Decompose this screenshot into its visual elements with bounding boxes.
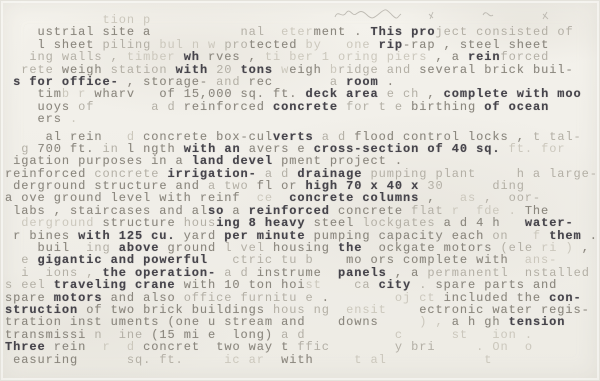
text-segment: , [249,51,265,63]
text-segment: g [5,143,38,155]
text-segment: project . [330,155,403,167]
text-segment: i ions , [5,267,102,279]
text-segment: , [427,88,443,100]
text-segment: a d [281,329,314,341]
text-segment: l sheet [5,39,102,51]
text-segment [135,88,159,100]
text-segment: so [208,205,232,217]
text-segment: lockgates [362,217,443,229]
text-segment: concrete [273,101,346,113]
text-segment: avers e [249,143,314,155]
text-segment: reinforced [5,168,94,180]
text-segment: timber [127,51,184,63]
text-segment: storage- [143,76,216,88]
text-segment: ft. for [509,143,566,155]
text-segment: rec [249,76,273,88]
text-segment: rein [468,51,501,63]
text-segment: irrigation- [167,168,264,180]
text-segment: . [346,26,370,38]
typewritten-line: uoys of a d reinforced concrete for t e … [5,101,599,113]
text-segment: two way t [208,341,297,353]
text-segment: of ocean [484,101,549,113]
typewritten-line: Three rein r d concret two way t ffic y … [5,341,599,353]
text-segment: , oor- [484,192,541,204]
text-segment: ground [167,242,224,254]
text-segment: with 125 cu. [78,230,184,242]
typewritten-line: s for office- , storage- and rec a room … [5,76,599,88]
text-segment: inst uments [70,316,167,328]
typewritten-line: al rein d concrete box-culverts a d floo… [5,131,599,143]
scanned-document: tion p ustrial site a nal eterment . Thi… [0,0,600,381]
text-segment [78,354,127,366]
text-segment: a ove ground level with [5,192,200,204]
typewritten-line: l sheet piling bul n w protected by one … [5,39,599,51]
text-segment: c [379,329,412,341]
text-segment: reinforced [249,205,338,217]
text-segment: This pro [371,26,436,38]
text-segment [314,329,379,341]
typewritten-text: tion p ustrial site a nal eterment . Thi… [5,14,599,366]
text-segment: n ine [86,329,151,341]
text-segment: with an [184,143,249,155]
text-segment: wh [184,51,200,63]
text-segment: (ele [500,242,533,254]
text-segment: ce [241,192,274,204]
text-segment: d [102,131,143,143]
text-segment: of [78,101,102,113]
text-segment: concrete columns [289,192,427,204]
typewritten-line: reinforced concrete irrigation- a d drai… [5,168,599,180]
text-segment: hous [184,217,217,229]
text-segment: ers [5,113,70,125]
text-segment: . [387,76,395,88]
text-segment: ic ar [224,354,265,366]
text-segment: station [111,64,176,76]
typewritten-line: igation purposes in a land devel pment p… [5,155,599,167]
text-segment: bul n w [159,39,224,51]
text-segment: e [5,254,38,266]
typewritten-line: ing walls , timber wh rves , ti ber 1 or… [5,51,599,63]
typewritten-line: e gigantic and powerful ctric tu b mo or… [5,254,599,266]
text-segment: rein [54,341,87,353]
text-segment: them [549,230,590,242]
text-segment: On o [492,341,533,353]
text-segment: reinforced [184,101,273,113]
text-segment: derground [5,217,102,229]
text-segment: concrete [338,205,411,217]
text-segment: b [330,64,338,76]
text-segment: reinf [200,192,241,204]
typewritten-line: g 700 ft. in l ngth with an avers e cros… [5,143,599,155]
text-segment [387,304,420,316]
text-segment: . [509,205,525,217]
text-segment: ensit [338,304,387,316]
text-segment: with [281,354,314,366]
text-segment: gigantic and powerful [38,254,217,266]
text-segment: 20 [216,64,240,76]
text-segment: ustrial site a [5,26,151,38]
text-segment: ti ber 1 oring piers [265,51,436,63]
text-segment: ) , [379,316,452,328]
text-segment: housing [273,242,338,254]
text-segment [314,316,338,328]
text-segment: concrete box-cul [143,131,273,143]
text-segment: tected [249,39,306,51]
text-segment: rves [200,51,249,63]
typewritten-line: a ove ground level with reinf ce concret… [5,192,599,204]
text-segment: tension [509,316,566,328]
text-segment: r fde [452,205,509,217]
text-segment: tion p [5,14,151,26]
text-segment: concrete [94,168,167,180]
typewritten-line: timb r wharv of 15,000 sq. ft. deck area… [5,88,599,100]
text-segment: t al [354,354,387,366]
text-segment: transmissi [5,329,86,341]
text-segment: struction [5,304,86,316]
text-segment: nstalled [525,267,590,279]
text-segment: s for office- [5,76,127,88]
text-segment: ject consisted of [436,26,574,38]
text-segment: fl or [257,180,306,192]
text-segment: steel [314,217,363,229]
text-segment [265,354,281,366]
text-segment: a d [224,267,257,279]
typewritten-line: easuring sq. ft. ic ar with t al t [5,354,599,366]
text-segment [444,180,493,192]
typewritten-line: ers . [5,113,599,125]
typewritten-line: r bines with 125 cu. yard per minute pum… [5,230,599,242]
text-segment: b r [62,88,95,100]
text-segment: ctric tu b [216,254,313,266]
text-segment: easuring [5,354,78,366]
text-segment: spare [5,292,54,304]
text-segment: deck area [306,88,387,100]
text-segment: h a large- [517,168,598,180]
text-segment: rip [379,39,403,51]
text-segment: ing [70,242,119,254]
text-segment: motors [54,292,111,304]
text-segment: one [330,39,379,51]
typewritten-line: ustrial site a nal eterment . This proje… [5,26,599,38]
text-segment: labs , staircases and al [5,205,208,217]
text-segment: traveling crane [54,279,184,291]
text-segment: ing 8 heavy [216,217,313,229]
text-segment: , a [395,267,428,279]
text-segment: forced [500,51,549,63]
text-segment: pumping [314,230,379,242]
typewritten-line: rete weigh station with 20 tons weigh br… [5,64,599,76]
text-segment: a d [265,168,298,180]
text-segment: uoys [5,101,78,113]
text-segment: a two [208,180,257,192]
text-segment: a d [322,131,355,143]
text-segment: office furnitu e [184,292,322,304]
text-segment [314,354,355,366]
text-segment: nal [241,26,274,38]
text-segment: a h gh [452,316,509,328]
text-segment: pment [281,155,330,167]
text-segment [314,254,347,266]
text-segment: water- [525,217,574,229]
text-segment: by [306,39,330,51]
text-segment: s eel [5,279,54,291]
text-segment [476,168,517,180]
text-segment: of 15,000 sq. ft. [159,88,305,100]
text-segment: flat [411,205,452,217]
text-segment: above [119,242,168,254]
text-segment: . [436,341,493,353]
text-segment: included the [444,292,550,304]
text-segment [102,101,151,113]
text-segment [500,217,524,229]
text-segment [338,341,387,353]
text-segment: f [525,230,549,242]
text-segment: weigh [62,64,111,76]
text-segment: rete [5,64,62,76]
text-segment: spare parts and [435,279,557,291]
text-segment: . [322,292,338,304]
text-segment: r d [86,341,143,353]
typewritten-line: struction of two brick buildings hous ng… [5,304,599,316]
text-segment: 700 ft. [38,143,103,155]
typewritten-line: spare motors and also office furnitu e .… [5,292,599,304]
text-segment: ockgate motors [371,242,501,254]
text-segment: ridge [338,64,387,76]
text-segment: piling [102,39,159,51]
text-segment: pro [224,39,248,51]
text-segment [184,354,225,366]
text-segment: t [387,354,493,366]
text-segment [273,76,330,88]
text-segment: . [70,113,78,125]
text-segment: t tal- [533,131,582,143]
text-segment: ding [492,180,525,192]
text-segment: the [338,242,371,254]
text-segment: the operation- [102,267,224,279]
text-segment: with [176,64,217,76]
text-segment: on [492,230,525,242]
text-segment: structure and [94,180,208,192]
text-segment: ca [338,279,379,291]
typewritten-line: i ions , the operation- a d instrume pan… [5,267,599,279]
text-segment: instrume [257,267,338,279]
text-segment: capacity each [379,230,493,242]
text-segment: downs [338,316,379,328]
text-segment: . [419,279,435,291]
typewritten-line: buil ing above ground l vel housing the … [5,242,599,254]
text-segment: cross-section of 40 sq. [314,143,509,155]
text-segment [151,26,240,38]
text-segment: as [444,192,485,204]
text-segment: structure [102,217,183,229]
text-segment: tim [5,88,62,100]
text-segment: ans- [517,254,558,266]
text-segment: and [387,64,420,76]
text-segment: yard [184,230,225,242]
text-segment: for t e [346,101,411,113]
text-segment: with 10 ton hoi [184,279,306,291]
text-segment: (one u stream and [167,316,313,328]
typewritten-line: s eel traveling crane with 10 ton hoist … [5,279,599,291]
text-segment: sq. ft. [127,354,184,366]
text-segment: igation purposes in a [5,155,192,167]
text-segment: a d [151,101,184,113]
text-segment: flood control locks [354,131,516,143]
text-segment: permanentl [427,267,524,279]
text-segment: a d 4 h [444,217,501,229]
text-segment: eter [273,26,314,38]
text-segment: , [582,242,590,254]
text-segment: verts [273,131,322,143]
text-segment: hous ng [273,304,338,316]
text-segment: ri ) [533,242,582,254]
text-segment: tons [241,64,282,76]
text-segment: . [590,230,598,242]
text-segment: drainage [297,168,370,180]
text-segment: , [517,131,533,143]
text-segment: ectronic water regis- [419,304,590,316]
text-segment: birthing [411,101,484,113]
text-segment: buil [5,242,70,254]
text-segment: , steel sheet [444,39,550,51]
text-segment: mo ors complete with [346,254,517,266]
text-segment: pumping plant [371,168,477,180]
text-segment: l ngth [127,143,184,155]
text-segment: a [232,205,248,217]
text-segment: -rap [403,39,444,51]
text-segment [273,155,281,167]
typewritten-line: transmissi n ine (15 mi e long) a d c st… [5,329,599,341]
text-segment: several brick buil- [419,64,573,76]
text-segment: in [102,143,126,155]
text-segment: st [306,279,339,291]
text-segment: ffic [297,341,338,353]
text-segment: con- [549,292,582,304]
text-segment: st ion . [411,329,533,341]
text-segment: r bines [5,230,78,242]
text-segment: l vel [224,242,273,254]
text-segment: The [525,205,549,217]
text-segment: eigh [289,64,330,76]
text-segment: panels [338,267,395,279]
text-segment: and also [111,292,184,304]
text-segment: Three [5,341,54,353]
text-segment: land devel [192,155,273,167]
text-segment: concret [143,341,208,353]
text-segment: complete with moo [444,88,582,100]
text-segment: tration [5,316,70,328]
text-segment: and [216,76,249,88]
text-segment: of two brick buildings [86,304,273,316]
typewritten-line: tration inst uments (one u stream and do… [5,316,599,328]
text-segment: , [127,76,143,88]
text-segment: a [330,76,346,88]
typewritten-line: labs , staircases and also a reinforced … [5,205,599,217]
text-segment [273,192,289,204]
text-segment: , a [435,51,468,63]
text-segment: derground [5,180,94,192]
text-segment: wharv [94,88,135,100]
text-segment: al rein [5,131,102,143]
text-segment: , [427,192,443,204]
text-segment: room [346,76,387,88]
text-segment: y bri [387,341,436,353]
text-segment: 30 [427,180,443,192]
typewritten-line: derground structure and a two fl or high… [5,180,599,192]
text-segment: ing walls , [5,51,127,63]
typewritten-line: derground structure housing 8 heavy stee… [5,217,599,229]
text-segment: city [379,279,420,291]
typewritten-line: tion p [5,14,599,26]
text-segment: ment [314,26,347,38]
text-segment: e ch [387,88,428,100]
text-segment: oj ct [379,292,444,304]
text-segment [338,292,379,304]
text-segment: (15 mi e long) [151,329,281,341]
text-segment: high 70 x 40 x [306,180,428,192]
text-segment: per minute [224,230,313,242]
